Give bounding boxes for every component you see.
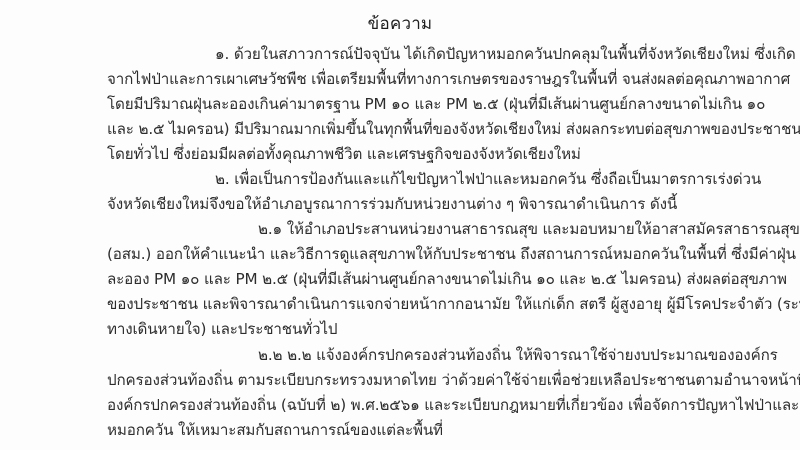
item-2-2-line-2: ปกครองส่วนท้องถิ่น ตามระเบียบกระทรวงมหาด… — [107, 368, 800, 392]
paragraph-2-line-1: ๒. เพื่อเป็นการป้องกันและแก้ไขปัญหาไฟป่า… — [215, 167, 761, 191]
paragraph-1-line-4: และ ๒.๕ ไมครอน) มีปริมาณมากเพิ่มขึ้นในทุ… — [107, 117, 800, 141]
item-2-1-line-2: (อสม.) ออกให้คำแนะนำ และวิธีการดูแลสุขภา… — [107, 242, 796, 266]
document-page: ข้อความ ๑. ด้วยในสภาวการณ์ปัจจุบัน ได้เก… — [0, 0, 800, 450]
item-2-2-line-4: หมอกควัน ให้เหมาะสมกับสถานการณ์ของแต่ละพ… — [107, 418, 443, 442]
item-2-2-line-3: องค์กรปกครองส่วนท้องถิ่น (ฉบับที่ ๒) พ.ศ… — [107, 393, 799, 417]
paragraph-1-line-5: โดยทั่วไป ซึ่งย่อมมีผลต่อทั้งคุณภาพชีวิต… — [107, 142, 581, 166]
item-2-1-line-5: ทางเดินหายใจ) และประชาชนทั่วไป — [107, 317, 337, 341]
paragraph-1-line-3: โดยมีปริมาณฝุ่นละอองเกินค่ามาตรฐาน PM ๑๐… — [107, 92, 765, 116]
paragraph-1-line-2: จากไฟป่าและการเผาเศษวัชพืช เพื่อเตรียมพื… — [107, 67, 790, 91]
item-2-1-line-4: ของประชาชน และพิจารณาดำเนินการแจกจ่ายหน้… — [107, 292, 800, 316]
item-2-1-line-3: ละออง PM ๑๐ และ PM ๒.๕ (ฝุ่นที่มีเส้นผ่า… — [107, 267, 787, 291]
document-title: ข้อความ — [0, 10, 800, 37]
item-2-1-line-1: ๒.๑ ให้อำเภอประสานหน่วยงานสาธารณสุข และม… — [258, 217, 800, 241]
paragraph-1-line-1: ๑. ด้วยในสภาวการณ์ปัจจุบัน ได้เกิดปัญหาห… — [215, 42, 796, 66]
paragraph-2-line-2: จังหวัดเชียงใหม่จึงขอให้อำเภอบูรณาการร่ว… — [107, 192, 677, 216]
item-2-2-line-1: ๒.๒ ๒.๒ แจ้งองค์กรปกครองส่วนท้องถิ่น ให้… — [258, 343, 778, 367]
